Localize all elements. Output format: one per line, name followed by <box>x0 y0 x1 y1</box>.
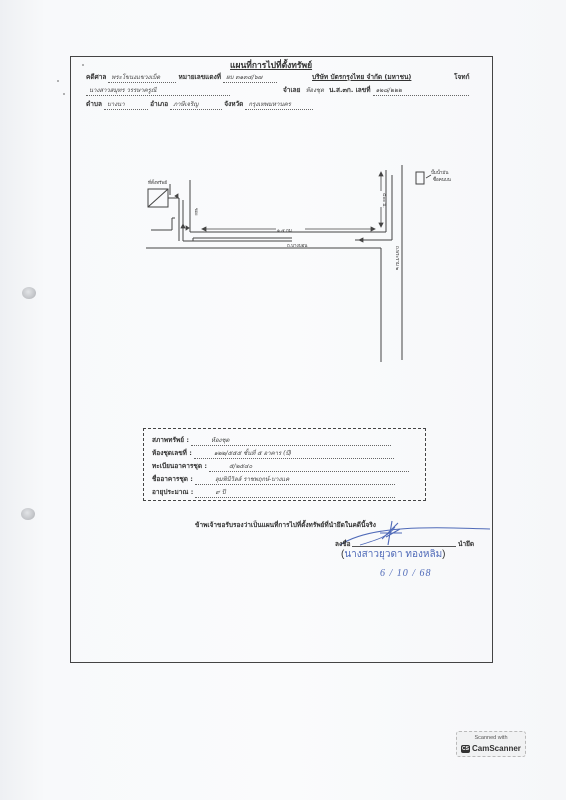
signer-name-stamp: (นางสาวยุวดา ทองหลิม) <box>341 547 446 562</box>
info-label: ห้องชุดเลขที่ : <box>152 449 192 457</box>
landmark-sublabel: ซื้อคนบน <box>433 176 451 183</box>
signer-role: นำยึด <box>458 539 474 549</box>
info-value: ๕/๒๕๔๐ <box>209 461 409 472</box>
road-vertical-label: ถ.พระราม ๒ <box>394 246 401 270</box>
info-value: ๑๒๒/๕๕๕ ชั้นที่ ๕ อาคาร (บี) <box>194 448 394 459</box>
vertical-distance: ๔๐๐ ม. <box>381 193 388 208</box>
soi-label: ซอย <box>193 208 200 215</box>
info-label: อายุประมาณ : <box>152 488 193 496</box>
property-label: ที่ตั้งทรัพย์ <box>148 179 167 186</box>
landmark-label: ปั๊มน้ำมัน <box>431 169 448 176</box>
info-value: ๙ ปี <box>195 487 395 498</box>
property-info-box: สภาพทรัพย์ : ห้องชุด ห้องชุดเลขที่ : ๑๒๒… <box>143 428 426 501</box>
camscanner-watermark: Scanned with CS CamScanner <box>456 731 526 757</box>
landmark-box <box>416 172 424 184</box>
info-value: ลุมพินีวิลล์ ราชพฤกษ์-บางแค <box>195 474 395 485</box>
signature-date: 6 / 10 / 68 <box>380 568 432 579</box>
info-row-registration: ทะเบียนอาคารชุด : ๕/๒๕๔๐ <box>152 461 409 472</box>
route-map: ที่ตั้งทรัพย์ ๑.๕ กม. ๔๐๐ ม. ถ.บางบอน ถ.… <box>0 0 566 800</box>
route-map-lines <box>0 0 566 800</box>
info-row-condition: สภาพทรัพย์ : ห้องชุด <box>152 435 391 446</box>
watermark-brand: CamScanner <box>472 744 521 753</box>
signer-name: นางสาวยุวดา ทองหลิม <box>344 549 442 560</box>
road-horizontal-label: ถ.บางบอน <box>287 242 307 249</box>
watermark-line1: Scanned with <box>457 735 525 741</box>
info-value: ห้องชุด <box>191 435 391 446</box>
info-row-age: อายุประมาณ : ๙ ปี <box>152 487 395 498</box>
info-label: ทะเบียนอาคารชุด : <box>152 462 207 470</box>
camscanner-logo-icon: CS <box>461 745 470 753</box>
horizontal-distance: ๑.๕ กม. <box>277 227 293 234</box>
info-row-building-name: ชื่ออาคารชุด : ลุมพินีวิลล์ ราชพฤกษ์-บาง… <box>152 474 395 485</box>
info-label: ชื่ออาคารชุด : <box>152 475 193 483</box>
info-row-unit-no: ห้องชุดเลขที่ : ๑๒๒/๕๕๕ ชั้นที่ ๕ อาคาร … <box>152 448 394 459</box>
info-label: สภาพทรัพย์ : <box>152 436 189 444</box>
